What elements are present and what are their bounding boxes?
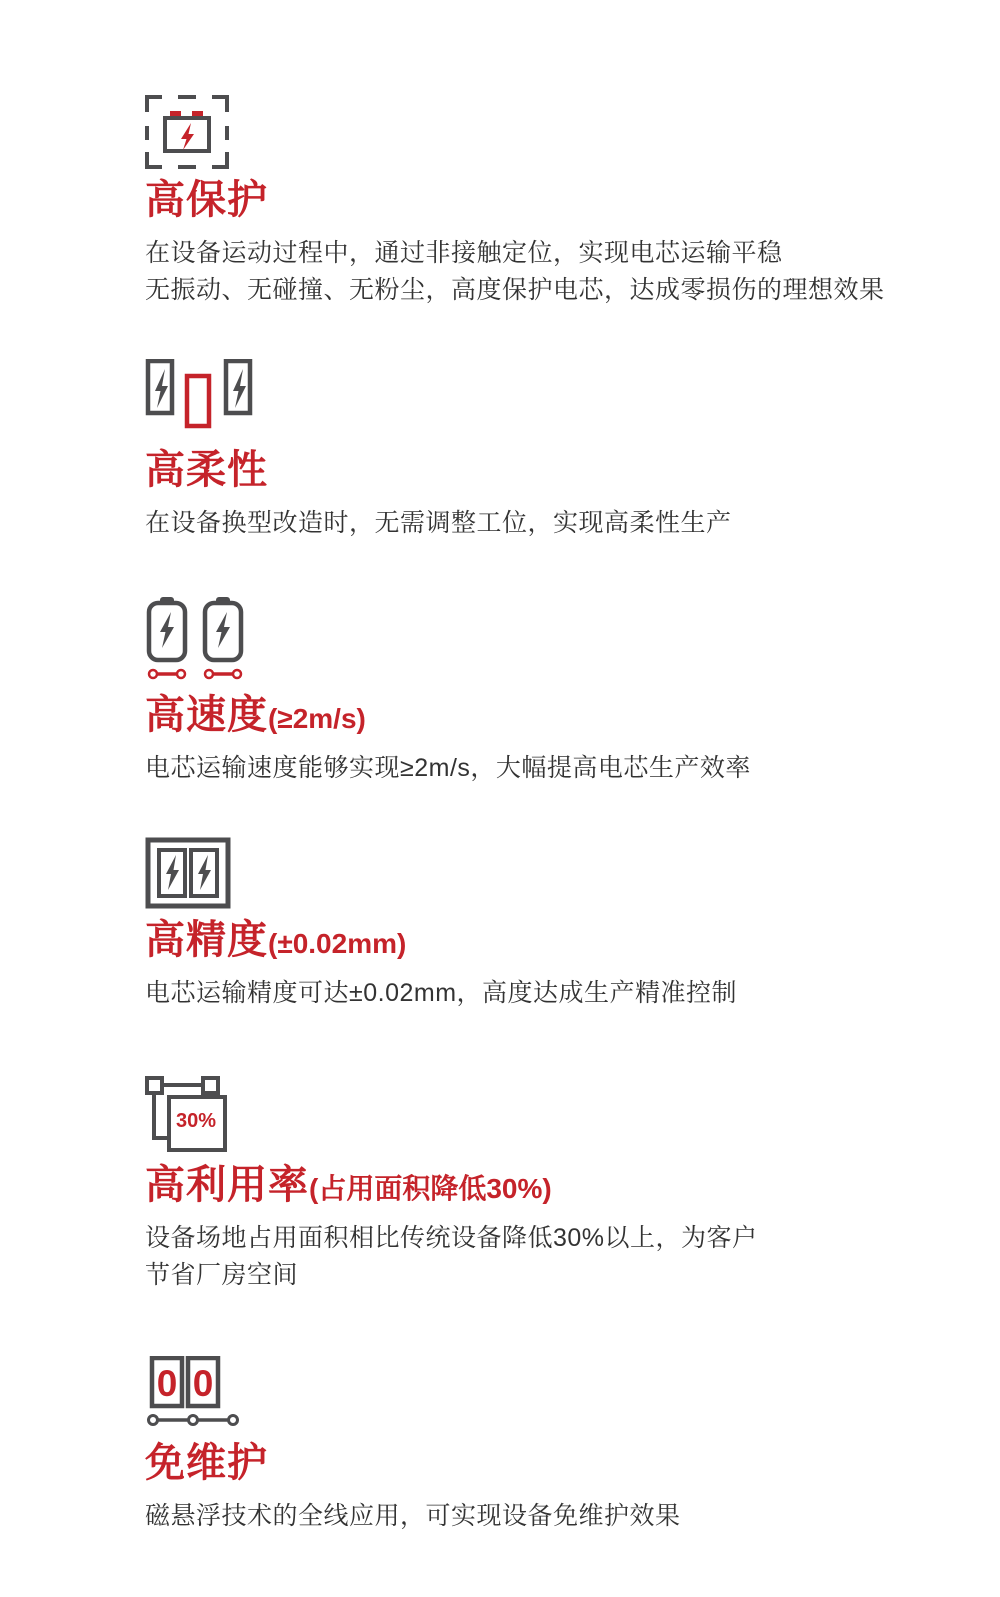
feature-description: 磁悬浮技术的全线应用，可实现设备免维护效果 — [145, 1498, 940, 1535]
feature-title-text: 高利用率 — [145, 1162, 309, 1208]
utilization-percent-label: 30% — [176, 1110, 216, 1132]
interchangeable-cells-icon — [145, 359, 940, 439]
feature-title: 高利用率(占用面积降低30%) — [145, 1162, 940, 1208]
description-line: 电芯运输精度可达±0.02mm，高度达成生产精准控制 — [145, 975, 940, 1012]
feature-title: 高柔性 — [145, 447, 940, 493]
description-line: 电芯运输速度能够实现≥2m/s，大幅提高电芯生产效率 — [145, 750, 940, 787]
battery-shield-frame-icon — [145, 95, 940, 169]
description-line: 在设备运动过程中，通过非接触定位，实现电芯运输平稳 — [145, 235, 940, 272]
feature-title-text: 高保护 — [145, 177, 268, 223]
feature-section-speed: 高速度(≥2m/s) 电芯运输速度能够实现≥2m/s，大幅提高电芯生产效率 — [145, 592, 940, 787]
description-line: 在设备换型改造时，无需调整工位，实现高柔性生产 — [145, 505, 940, 542]
feature-title-suffix: (占用面积降低30%) — [309, 1173, 552, 1205]
feature-title-text: 高精度 — [145, 917, 268, 963]
feature-list-page: 高保护 在设备运动过程中，通过非接触定位，实现电芯运输平稳 无振动、无碰撞、无粉… — [0, 0, 1000, 1535]
feature-description: 在设备运动过程中，通过非接触定位，实现电芯运输平稳 无振动、无碰撞、无粉尘，高度… — [145, 235, 940, 309]
description-line: 节省厂房空间 — [145, 1257, 940, 1294]
description-line: 磁悬浮技术的全线应用，可实现设备免维护效果 — [145, 1498, 940, 1535]
feature-description: 设备场地占用面积相比传统设备降低30%以上，为客户 节省厂房空间 — [145, 1220, 940, 1294]
feature-section-flexibility: 高柔性 在设备换型改造时，无需调整工位，实现高柔性生产 — [145, 359, 940, 542]
feature-section-maintenance-free: 0 0 免维护 磁悬浮技术的全线应用，可实现设备免维护效果 — [145, 1356, 940, 1535]
maintenance-zero-label: 0 — [193, 1363, 214, 1404]
description-line: 设备场地占用面积相比传统设备降低30%以上，为客户 — [145, 1220, 940, 1257]
feature-title: 高保护 — [145, 177, 940, 223]
feature-title: 免维护 — [145, 1440, 940, 1486]
overlapping-area-icon: 30% — [145, 1074, 940, 1154]
feature-description: 电芯运输速度能够实现≥2m/s，大幅提高电芯生产效率 — [145, 750, 940, 787]
feature-section-protection: 高保护 在设备运动过程中，通过非接触定位，实现电芯运输平稳 无振动、无碰撞、无粉… — [145, 95, 940, 309]
feature-section-precision: 高精度(±0.02mm) 电芯运输精度可达±0.02mm，高度达成生产精准控制 — [145, 837, 940, 1012]
description-line: 无振动、无碰撞、无粉尘，高度保护电芯，达成零损伤的理想效果 — [145, 272, 940, 309]
maintenance-zero-label: 0 — [157, 1363, 178, 1404]
zero-counters-rail-icon: 0 0 — [145, 1356, 940, 1432]
feature-section-utilization: 30% 高利用率(占用面积降低30%) 设备场地占用面积相比传统设备降低30%以… — [145, 1074, 940, 1294]
batteries-on-rail-icon — [145, 592, 940, 684]
feature-title-text: 高速度 — [145, 692, 268, 738]
feature-title-text: 高柔性 — [145, 447, 268, 493]
feature-title-text: 免维护 — [145, 1440, 268, 1486]
feature-description: 电芯运输精度可达±0.02mm，高度达成生产精准控制 — [145, 975, 940, 1012]
feature-description: 在设备换型改造时，无需调整工位，实现高柔性生产 — [145, 505, 940, 542]
batteries-in-box-icon — [145, 837, 940, 909]
feature-title: 高精度(±0.02mm) — [145, 917, 940, 963]
feature-title-suffix: (≥2m/s) — [268, 703, 366, 735]
feature-title: 高速度(≥2m/s) — [145, 692, 940, 738]
feature-title-suffix: (±0.02mm) — [268, 928, 406, 960]
